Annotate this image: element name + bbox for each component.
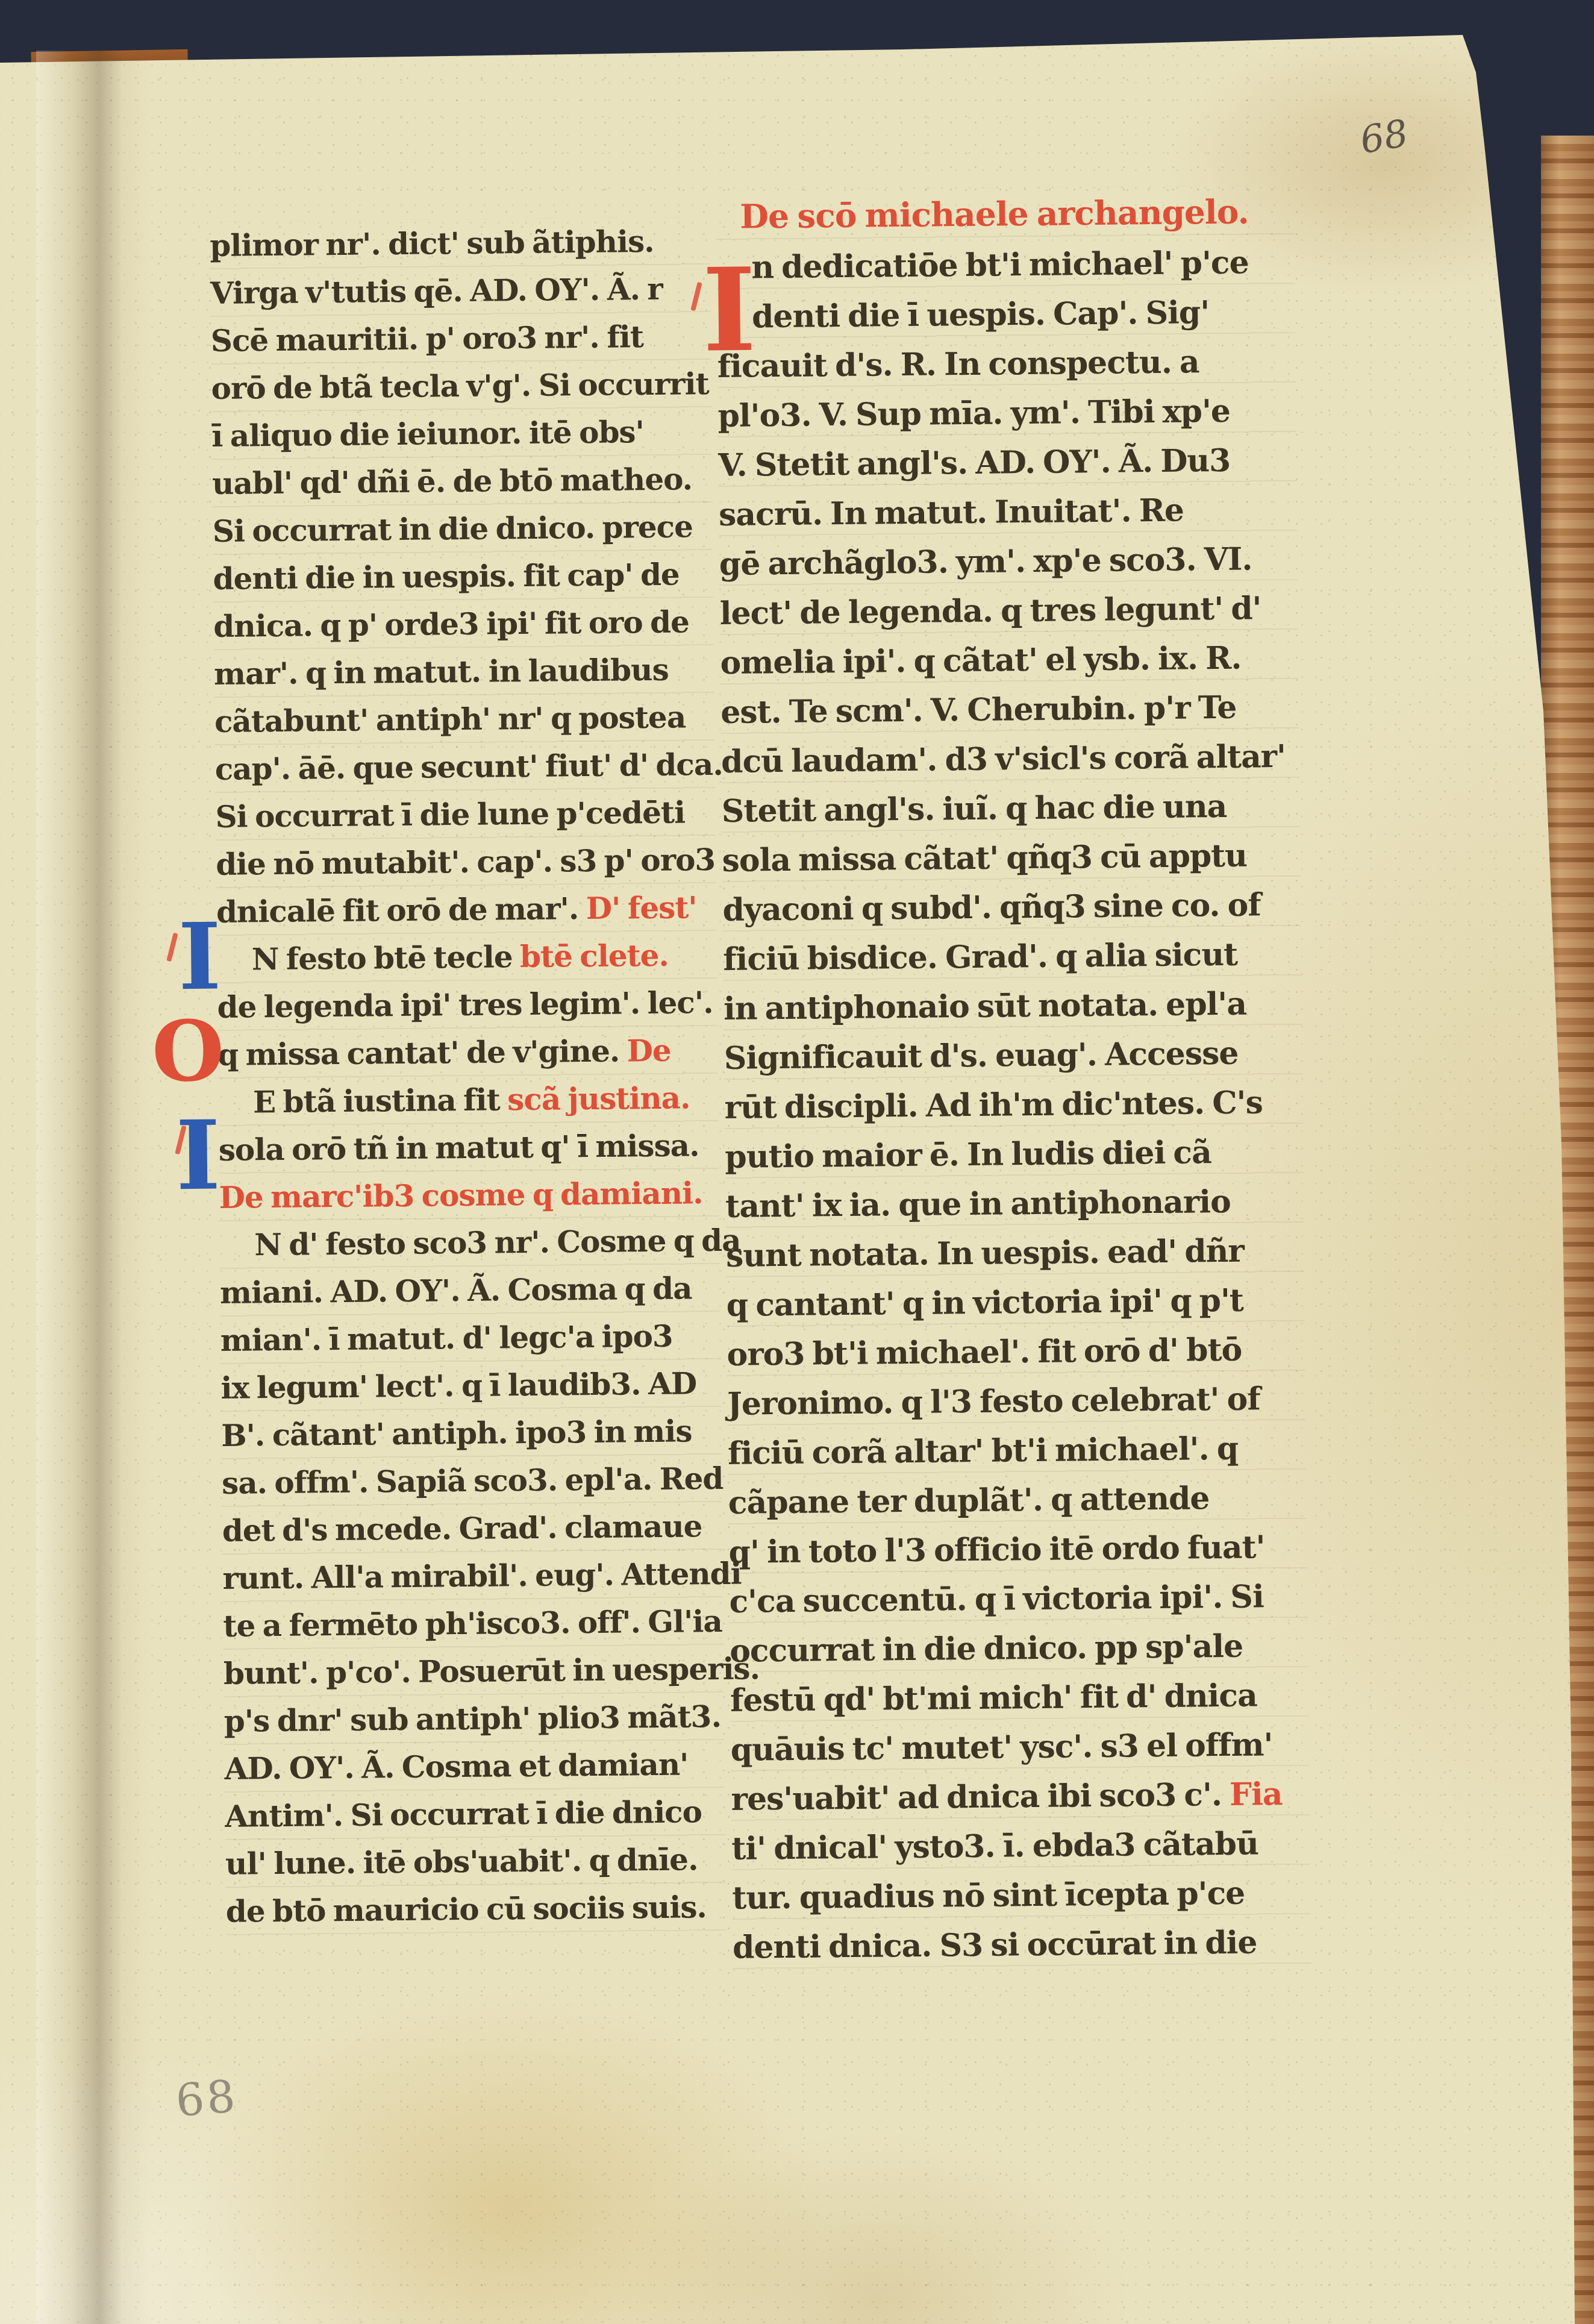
text-segment: in antiphonaio sūt notata. epl'a	[724, 986, 1247, 1027]
text-segment: sola missa cãtat' qñq3 cū apptu	[722, 838, 1247, 879]
text-segment: ix legum' lect'. q ī laudib3. AD	[220, 1365, 696, 1406]
text-line: tur. quadius nō sint īcepta p'ce	[732, 1868, 1311, 1923]
text-segment: ficauit d's. R. In conspectu. a	[717, 343, 1199, 385]
text-segment: p's dnr' sub antiph' plio3 mãt3.	[224, 1699, 722, 1739]
text-segment: scã justina.	[507, 1080, 690, 1117]
text-line: ficiū corã altar' bt'i michael'. q	[728, 1424, 1307, 1479]
text-segment: mar'. q in matut. in laudibus	[214, 652, 669, 692]
text-line: rūt discipli. Ad ih'm dic'ntes. C's	[724, 1078, 1303, 1133]
text-segment: putio maior ē. In ludis diei cã	[725, 1134, 1211, 1176]
text-line: die nō mutabit'. cap'. s3 p' oro3	[216, 836, 716, 888]
text-segment: mian'. ī matut. d' legc'a ipo3	[220, 1318, 673, 1358]
illuminated-initial-blue-1: I	[178, 911, 222, 1003]
text-line: ul' lune. itē obs'uabit'. q dnīe.	[225, 1835, 726, 1888]
text-line: festū qd' bt'mi mich' fit d' dnica	[730, 1671, 1309, 1726]
text-line: oro3 bt'i michael'. fit orō d' btō	[727, 1325, 1305, 1380]
text-line: sa. offm'. Sapiã sco3. epl'a. Red	[222, 1455, 722, 1507]
text-line: est. Te scm'. V. Cherubin. p'r Te	[720, 683, 1299, 738]
text-segment: B'. cãtant' antiph. ipo3 in mis	[221, 1413, 692, 1453]
text-line: sola orō tñ in matut q' ī missa.	[218, 1121, 719, 1174]
text-segment: denti die ī uespis. Cap'. Sig'	[752, 294, 1210, 335]
text-segment: quāuis tc' mutet' ysc'. s3 el offm'	[731, 1726, 1273, 1768]
text-line: AD. OY'. Ã. Cosma et damian'	[224, 1740, 725, 1793]
page-gutter-crease	[36, 51, 151, 2324]
illuminated-initial-red-o: O	[151, 1009, 225, 1093]
text-line: sacrū. In matut. Inuitat'. Re	[719, 485, 1298, 540]
text-line: sola missa cãtat' qñq3 cū apptu	[722, 831, 1301, 886]
text-segment: festū qd' bt'mi mich' fit d' dnica	[730, 1677, 1257, 1718]
left-text-column: plimor nr'. dict' sub ãtiphis.Virga v'tu…	[210, 217, 726, 1935]
text-segment: uabl' qd' dñi ē. de btō matheo.	[212, 461, 692, 501]
text-line: runt. All'a mirabil'. eug'. Attendi	[222, 1550, 723, 1602]
text-line: lect' de legenda. q tres legunt' d'	[719, 584, 1298, 639]
text-line: te a fermēto ph'isco3. off'. Gl'ia	[223, 1597, 724, 1650]
text-line: uabl' qd' dñi ē. de btō matheo.	[212, 455, 713, 507]
text-line: Stetit angl's. iuĩ. q hac die una	[722, 781, 1301, 836]
text-segment: sunt notata. In uespis. ead' dñr	[726, 1233, 1244, 1274]
text-segment: Si occurrat ī die lune p'cedēti	[215, 794, 685, 834]
text-segment: Scē mauritii. p' oro3 nr'. fit	[211, 319, 644, 359]
folio-number-top: 68	[1357, 111, 1411, 163]
text-segment: tant' ix ia. que in antiphonario	[725, 1183, 1231, 1225]
text-line: occurrat in die dnico. pp sp'ale	[730, 1621, 1308, 1676]
text-line: q cantant' q in victoria ipi' q p't	[726, 1276, 1305, 1330]
text-line: gē archãglo3. ym'. xp'e sco3. VI.	[719, 534, 1298, 589]
text-line: omelia ipi'. q cãtat' el ysb. ix. R.	[720, 633, 1299, 688]
text-segment: occurrat in die dnico. pp sp'ale	[730, 1628, 1243, 1670]
text-line: c'ca succentū. q ī victoria ipi'. Si	[729, 1572, 1308, 1627]
text-segment: pl'o3. V. Sup mīa. ym'. Tibi xp'e	[717, 393, 1230, 434]
text-segment: dnica. q p' orde3 ipi' fit oro de	[213, 604, 689, 644]
text-segment: De	[627, 1033, 671, 1069]
text-line: n dedicatiōe bt'i michael' p'ce	[716, 238, 1295, 293]
text-line: cap'. āē. que secunt' fiut' d' dca.	[214, 741, 715, 793]
text-segment: Si occurrat in die dnico. prece	[213, 509, 693, 549]
text-line: ficiū bisdice. Grad'. q alia sicut	[723, 930, 1302, 985]
text-segment: btē clete.	[520, 938, 669, 974]
text-line: p's dnr' sub antiph' plio3 mãt3.	[224, 1693, 725, 1745]
illuminated-initial-blue-2: I	[175, 1109, 220, 1204]
text-line: N d' festo sco3 nr'. Cosme q da	[219, 1217, 720, 1269]
text-segment: Antim'. Si occurrat ī die dnico	[225, 1794, 702, 1834]
text-line: quāuis tc' mutet' ysc'. s3 el offm'	[730, 1720, 1309, 1775]
text-segment: cãtabunt' antiph' nr' q postea	[214, 699, 686, 739]
text-segment: De marc'ib3 cosme q damiani.	[219, 1175, 703, 1215]
text-segment: runt. All'a mirabil'. eug'. Attendi	[222, 1556, 742, 1596]
text-segment: rūt discipli. Ad ih'm dic'ntes. C's	[724, 1084, 1263, 1126]
text-line: q' in toto l'3 officio itē ordo fuat'	[728, 1523, 1307, 1577]
text-segment: n dedicatiōe bt'i michael' p'ce	[751, 245, 1249, 286]
text-segment: q missa cantat' de v'gine.	[217, 1033, 627, 1073]
text-line: cãpane ter duplãt'. q attende	[728, 1473, 1307, 1528]
text-segment: q cantant' q in victoria ipi' q p't	[726, 1282, 1243, 1324]
text-line: denti die ī uespis. Cap'. Sig'	[717, 287, 1296, 342]
right-text-column: De scō michaele archangelo. n dedicatiōe…	[716, 185, 1311, 1973]
folio-number-bottom: 68	[173, 2070, 239, 2128]
text-line: N festo btē tecle btē clete.	[216, 931, 717, 983]
text-segment: denti die in uespis. fit cap' de	[213, 557, 680, 597]
text-segment: N d' festo sco3 nr'. Cosme q da	[254, 1223, 741, 1263]
text-segment: lect' de legenda. q tres legunt' d'	[719, 590, 1261, 632]
text-segment: dnicalē fit orō de mar'.	[216, 891, 586, 930]
text-segment: die nō mutabit'. cap'. s3 p' oro3	[216, 842, 716, 882]
text-line: ti' dnical' ysto3. ī. ebda3 cãtabū	[731, 1819, 1310, 1874]
text-segment: D' fest'	[586, 889, 697, 926]
text-line: q missa cantat' de v'gine. De	[217, 1026, 718, 1079]
text-segment: sacrū. In matut. Inuitat'. Re	[719, 492, 1184, 533]
text-line: miani. AD. OY'. Ã. Cosma q da	[220, 1264, 720, 1317]
text-segment: det d's mcede. Grad'. clamaue	[222, 1508, 702, 1549]
text-segment: oro3 bt'i michael'. fit orō d' btō	[727, 1332, 1242, 1373]
text-line: res'uabit' ad dnica ibi sco3 c'. Fia	[731, 1770, 1310, 1824]
text-line: Si occurrat in die dnico. prece	[213, 503, 713, 555]
text-line: bunt'. p'co'. Posuerūt in uesperis.	[223, 1645, 724, 1697]
text-line: Virga v'tutis qē. AD. OY'. Ã. r	[210, 265, 711, 317]
text-line: B'. cãtant' antiph. ipo3 in mis	[221, 1407, 722, 1459]
text-line: dnicalē fit orō de mar'. D' fest'	[216, 883, 717, 936]
text-segment: plimor nr'. dict' sub ãtiphis.	[210, 224, 654, 263]
text-segment: omelia ipi'. q cãtat' el ysb. ix. R.	[720, 640, 1241, 681]
text-line: ficauit d's. R. In conspectu. a	[717, 337, 1296, 392]
text-segment: gē archãglo3. ym'. xp'e sco3. VI.	[719, 540, 1252, 582]
text-segment: c'ca succentū. q ī victoria ipi'. Si	[729, 1578, 1264, 1620]
right-column-lines: n dedicatiōe bt'i michael' p'cedenti die…	[716, 238, 1311, 1973]
text-line: mar'. q in matut. in laudibus	[214, 645, 714, 698]
text-line: Scē mauritii. p' oro3 nr'. fit	[211, 312, 711, 365]
text-segment: Significauit d's. euag'. Accesse	[724, 1035, 1239, 1077]
text-line: dnica. q p' orde3 ipi' fit oro de	[213, 598, 714, 650]
text-segment: Virga v'tutis qē. AD. OY'. Ã. r	[210, 271, 663, 311]
text-line: denti die in uespis. fit cap' de	[213, 550, 713, 603]
text-line: det d's mcede. Grad'. clamaue	[222, 1502, 722, 1555]
text-segment: de btō mauricio cū sociis suis.	[226, 1889, 707, 1929]
text-segment: dcū laudam'. d3 v'sicl's corã altar'	[721, 738, 1286, 780]
illuminated-initial-red-i: I	[702, 253, 757, 368]
text-segment: orō de btã tecla v'g'. Si occurrit	[211, 366, 708, 406]
text-segment: q' in toto l'3 officio itē ordo fuat'	[728, 1529, 1264, 1571]
text-segment: N festo btē tecle	[251, 939, 520, 977]
text-line: pl'o3. V. Sup mīa. ym'. Tibi xp'e	[717, 386, 1296, 441]
text-line: De marc'ib3 cosme q damiani.	[219, 1169, 719, 1221]
text-line: sunt notata. In uespis. ead' dñr	[726, 1226, 1305, 1281]
text-segment: Jeronimo. q l'3 festo celebrat' of	[727, 1380, 1260, 1422]
text-line: dyaconi q subd'. qñq3 sine co. of	[722, 880, 1301, 935]
rubric-heading: De scō michaele archangelo.	[716, 185, 1295, 243]
text-line: de legenda ipi' tres legim'. lec'.	[217, 979, 717, 1031]
text-segment: te a fermēto ph'isco3. off'. Gl'ia	[223, 1603, 722, 1644]
text-segment: de legenda ipi' tres legim'. lec'.	[217, 985, 713, 1025]
text-line: putio maior ē. In ludis diei cã	[725, 1127, 1304, 1182]
text-segment: dyaconi q subd'. qñq3 sine co. of	[722, 886, 1261, 929]
text-line: Si occurrat ī die lune p'cedēti	[215, 788, 716, 841]
text-line: V. Stetit angl's. AD. OY'. Ã. Du3	[718, 436, 1297, 490]
text-line: in antiphonaio sūt notata. epl'a	[724, 979, 1302, 1034]
text-segment: tur. quadius nō sint īcepta p'ce	[732, 1875, 1245, 1917]
text-segment: denti dnica. S3 si occūrat in die	[733, 1925, 1257, 1966]
text-segment: AD. OY'. Ã. Cosma et damian'	[224, 1746, 688, 1786]
text-line: ī aliquo die ieiunor. itē obs'	[211, 407, 712, 460]
text-line: Antim'. Si occurrat ī die dnico	[225, 1788, 725, 1840]
text-line: cãtabunt' antiph' nr' q postea	[214, 693, 715, 745]
text-segment: Stetit angl's. iuĩ. q hac die una	[722, 788, 1227, 830]
text-line: Significauit d's. euag'. Accesse	[724, 1029, 1302, 1083]
text-segment: E btã iustina fit	[253, 1082, 508, 1120]
text-segment: Fia	[1230, 1776, 1283, 1813]
text-line: mian'. ī matut. d' legc'a ipo3	[220, 1312, 720, 1364]
text-segment: ul' lune. itē obs'uabit'. q dnīe.	[225, 1841, 698, 1882]
text-segment: cap'. āē. que secunt' fiut' d' dca.	[214, 747, 722, 787]
text-segment: ficiū corã altar' bt'i michael'. q	[728, 1430, 1239, 1472]
text-line: orō de btã tecla v'g'. Si occurrit	[211, 360, 711, 412]
text-segment: sa. offm'. Sapiã sco3. epl'a. Red	[222, 1461, 724, 1501]
text-line: de btō mauricio cū sociis suis.	[226, 1883, 727, 1935]
text-segment: bunt'. p'co'. Posuerūt in uesperis.	[223, 1650, 760, 1691]
text-line: tant' ix ia. que in antiphonario	[725, 1177, 1304, 1232]
text-segment: cãpane ter duplãt'. q attende	[728, 1480, 1210, 1521]
text-line: ix legum' lect'. q ī laudib3. AD	[220, 1359, 721, 1412]
text-segment: est. Te scm'. V. Cherubin. p'r Te	[720, 689, 1237, 731]
text-segment: V. Stetit angl's. AD. OY'. Ã. Du3	[718, 442, 1231, 484]
text-segment: sola orō tñ in matut q' ī missa.	[219, 1127, 699, 1168]
text-segment: miani. AD. OY'. Ã. Cosma q da	[220, 1270, 692, 1311]
text-line: Jeronimo. q l'3 festo celebrat' of	[727, 1374, 1306, 1429]
text-line: dcū laudam'. d3 v'sicl's corã altar'	[721, 732, 1300, 787]
text-segment: ficiū bisdice. Grad'. q alia sicut	[723, 936, 1237, 978]
text-line: plimor nr'. dict' sub ãtiphis.	[210, 217, 710, 269]
text-line: denti dnica. S3 si occūrat in die	[733, 1918, 1311, 1973]
photo-background: { "photo": { "background_color": "#262c3…	[0, 0, 1594, 2324]
text-line: E btã iustina fit scã justina.	[218, 1074, 719, 1126]
text-segment: ī aliquo die ieiunor. itē obs'	[211, 414, 644, 454]
text-segment: res'uabit' ad dnica ibi sco3 c'.	[731, 1776, 1230, 1818]
text-segment: ti' dnical' ysto3. ī. ebda3 cãtabū	[731, 1825, 1258, 1867]
